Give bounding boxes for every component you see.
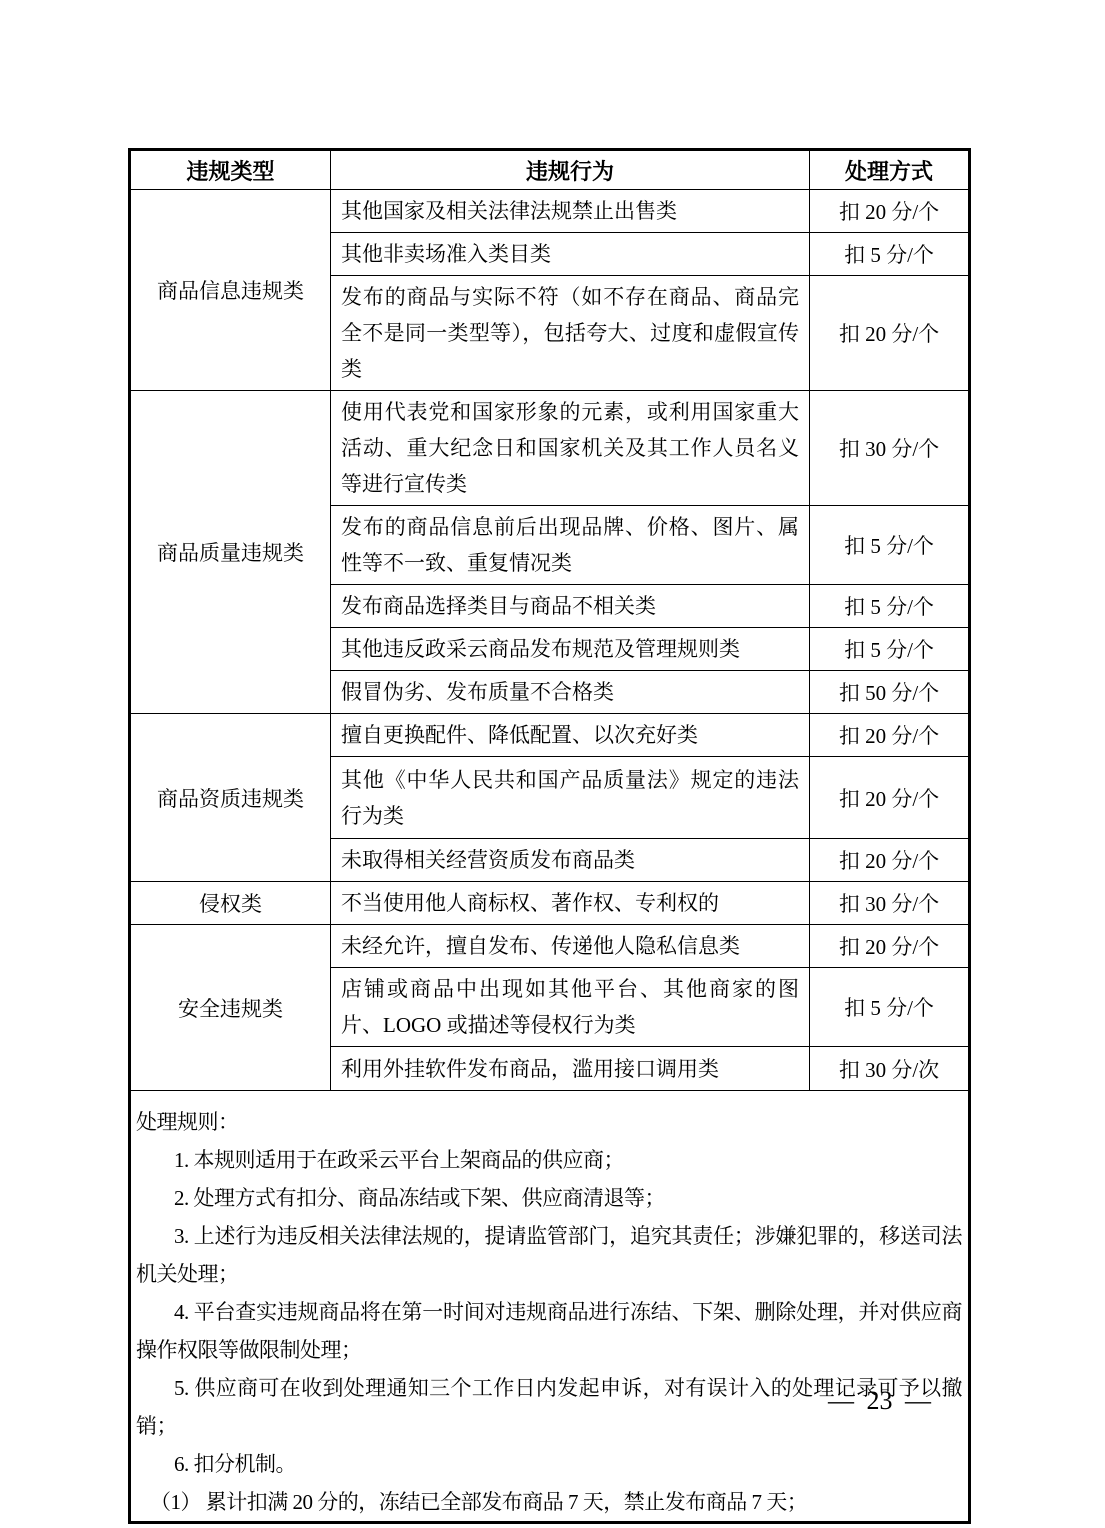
note-item: 1. 本规则适用于在政采云平台上架商品的供应商；: [136, 1141, 962, 1179]
notes-row: 处理规则： 1. 本规则适用于在政采云平台上架商品的供应商； 2. 处理方式有扣…: [130, 1091, 970, 1523]
behavior-cell: 假冒伪劣、发布质量不合格类: [331, 671, 810, 714]
note-item: 6. 扣分机制。: [136, 1445, 962, 1483]
penalty-cell: 扣 5 分/个: [810, 506, 970, 585]
notes-cell: 处理规则： 1. 本规则适用于在政采云平台上架商品的供应商； 2. 处理方式有扣…: [130, 1091, 970, 1523]
table-row: 商品信息违规类 其他国家及相关法律法规禁止出售类 扣 20 分/个: [130, 190, 970, 233]
behavior-cell: 发布商品选择类目与商品不相关类: [331, 585, 810, 628]
page-number: — 23 —: [828, 1386, 931, 1416]
penalty-cell: 扣 20 分/个: [810, 925, 970, 968]
penalty-cell: 扣 20 分/个: [810, 714, 970, 757]
penalty-cell: 扣 30 分/次: [810, 1047, 970, 1091]
penalty-cell: 扣 5 分/个: [810, 585, 970, 628]
behavior-cell: 其他国家及相关法律法规禁止出售类: [331, 190, 810, 233]
penalty-cell: 扣 20 分/个: [810, 839, 970, 882]
note-item: 3. 上述行为违反相关法律法规的，提请监管部门，追究其责任；涉嫌犯罪的，移送司法…: [136, 1217, 962, 1293]
header-penalty: 处理方式: [810, 150, 970, 190]
table-row: 安全违规类 未经允许，擅自发布、传递他人隐私信息类 扣 20 分/个: [130, 925, 970, 968]
behavior-cell: 其他违反政采云商品发布规范及管理规则类: [331, 628, 810, 671]
penalty-cell: 扣 30 分/个: [810, 882, 970, 925]
behavior-cell: 其他非卖场准入类目类: [331, 233, 810, 276]
category-cell: 商品资质违规类: [130, 714, 331, 882]
penalty-cell: 扣 20 分/个: [810, 276, 970, 391]
document-page: 违规类型 违规行为 处理方式 商品信息违规类 其他国家及相关法律法规禁止出售类 …: [0, 0, 1105, 1528]
penalty-cell: 扣 5 分/个: [810, 968, 970, 1047]
category-cell: 商品质量违规类: [130, 391, 331, 714]
header-violation-type: 违规类型: [130, 150, 331, 190]
table-header-row: 违规类型 违规行为 处理方式: [130, 150, 970, 190]
behavior-cell: 不当使用他人商标权、著作权、专利权的: [331, 882, 810, 925]
penalty-cell: 扣 50 分/个: [810, 671, 970, 714]
category-cell: 侵权类: [130, 882, 331, 925]
behavior-cell: 利用外挂软件发布商品，滥用接口调用类: [331, 1047, 810, 1091]
penalty-cell: 扣 20 分/个: [810, 757, 970, 839]
penalty-cell: 扣 5 分/个: [810, 628, 970, 671]
behavior-cell: 未经允许，擅自发布、传递他人隐私信息类: [331, 925, 810, 968]
behavior-cell: 店铺或商品中出现如其他平台、其他商家的图片、LOGO 或描述等侵权行为类: [331, 968, 810, 1047]
category-cell: 商品信息违规类: [130, 190, 331, 391]
table-row: 商品资质违规类 擅自更换配件、降低配置、以次充好类 扣 20 分/个: [130, 714, 970, 757]
penalty-cell: 扣 30 分/个: [810, 391, 970, 506]
table-row: 商品质量违规类 使用代表党和国家形象的元素，或利用国家重大活动、重大纪念日和国家…: [130, 391, 970, 506]
behavior-cell: 使用代表党和国家形象的元素，或利用国家重大活动、重大纪念日和国家机关及其工作人员…: [331, 391, 810, 506]
behavior-cell: 擅自更换配件、降低配置、以次充好类: [331, 714, 810, 757]
header-violation-behavior: 违规行为: [331, 150, 810, 190]
table-row: 侵权类 不当使用他人商标权、著作权、专利权的 扣 30 分/个: [130, 882, 970, 925]
behavior-cell: 未取得相关经营资质发布商品类: [331, 839, 810, 882]
note-item: 4. 平台查实违规商品将在第一时间对违规商品进行冻结、下架、删除处理，并对供应商…: [136, 1293, 962, 1369]
penalty-cell: 扣 5 分/个: [810, 233, 970, 276]
penalty-cell: 扣 20 分/个: [810, 190, 970, 233]
violation-penalty-table: 违规类型 违规行为 处理方式 商品信息违规类 其他国家及相关法律法规禁止出售类 …: [128, 148, 971, 1524]
note-item: 2. 处理方式有扣分、商品冻结或下架、供应商清退等；: [136, 1179, 962, 1217]
category-cell: 安全违规类: [130, 925, 331, 1091]
note-sub-item: （1） 累计扣满 20 分的，冻结已全部发布商品 7 天，禁止发布商品 7 天；: [136, 1483, 962, 1521]
behavior-cell: 发布的商品与实际不符（如不存在商品、商品完全不是同一类型等），包括夸大、过度和虚…: [331, 276, 810, 391]
notes-title: 处理规则：: [136, 1103, 962, 1141]
behavior-cell: 其他《中华人民共和国产品质量法》规定的违法行为类: [331, 757, 810, 839]
behavior-cell: 发布的商品信息前后出现品牌、价格、图片、属性等不一致、重复情况类: [331, 506, 810, 585]
